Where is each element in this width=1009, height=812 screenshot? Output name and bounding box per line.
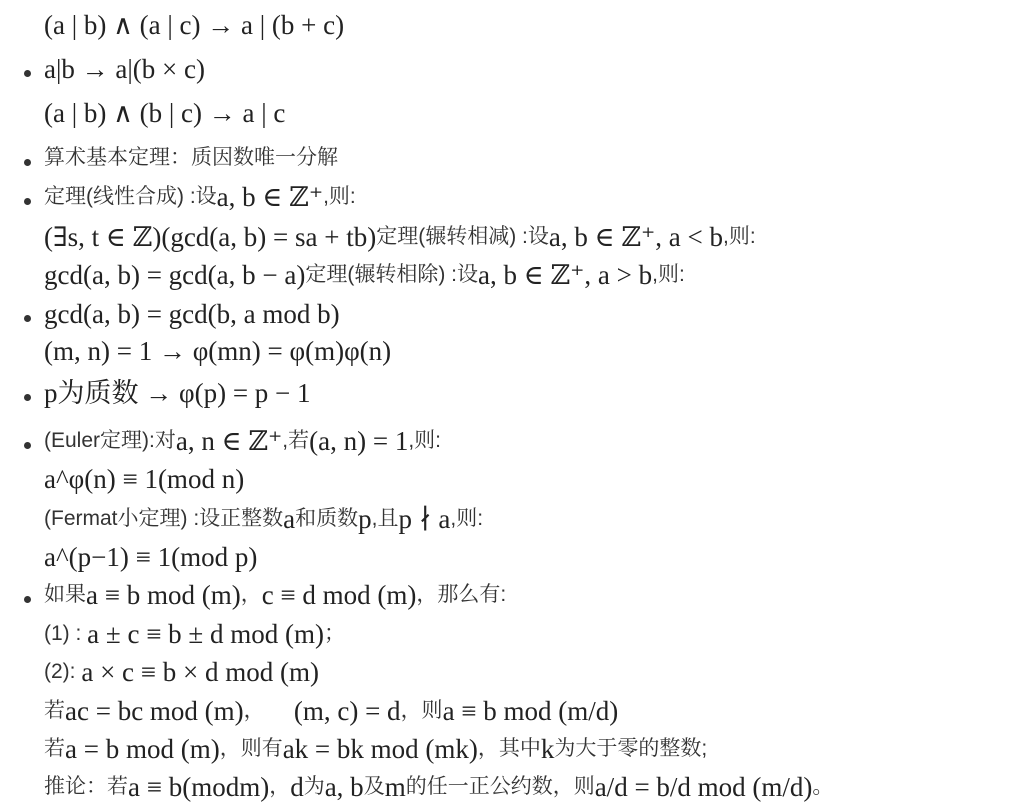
math-expression: a ≡ b mod (m) bbox=[86, 580, 241, 610]
formula-line: 若ac = bc mod (m)， (m, c) = d，则a ≡ b mod … bbox=[44, 692, 618, 730]
text-fragment: 和质数 bbox=[295, 504, 358, 534]
text-fragment: (Euler定理):对 bbox=[44, 426, 176, 456]
text-fragment: ,则: bbox=[723, 222, 756, 252]
math-expression: a, b ∈ ℤ⁺, a > b bbox=[478, 260, 652, 290]
formula-line: (a | b) ∧ (a | c) → a | (b + c) bbox=[44, 6, 344, 44]
formula-line: (a | b) ∧ (b | c) → a | c bbox=[44, 94, 285, 132]
math-expression: (a | b) ∧ (a | c) → a | (b + c) bbox=[44, 10, 344, 40]
text-fragment: 为大于零的整数; bbox=[554, 734, 707, 764]
math-expression: ak = bk mod (mk) bbox=[283, 734, 478, 764]
formula-line: (Fermat小定理) :设正整数a和质数p,且p ∤ a,则: bbox=[44, 500, 483, 538]
math-expression: m bbox=[385, 772, 406, 802]
math-expression: p ∤ a bbox=[399, 504, 451, 534]
text-fragment: 及 bbox=[364, 772, 385, 802]
math-expression: a, b ∈ ℤ⁺ bbox=[217, 182, 323, 212]
math-expression: a^(p−1) ≡ 1(mod p) bbox=[44, 542, 257, 572]
math-expression: a × c ≡ b × d mod (m) bbox=[81, 657, 319, 687]
text-fragment: 的任一正公约数，则 bbox=[406, 772, 595, 802]
text-fragment: ,则: bbox=[323, 182, 356, 212]
bullet-icon bbox=[24, 442, 31, 449]
bullet-icon bbox=[24, 70, 31, 77]
formula-line: (1) : a ± c ≡ b ± d mod (m)； bbox=[44, 615, 345, 653]
bullet-icon bbox=[24, 159, 31, 166]
text-fragment: 如果 bbox=[44, 580, 86, 610]
math-expression: p bbox=[358, 504, 372, 534]
text-fragment: 定理(辗转相除) :设 bbox=[305, 260, 478, 290]
text-fragment: 定理(线性合成) :设 bbox=[44, 182, 217, 212]
math-expression: d bbox=[290, 772, 304, 802]
formula-line: 定理(线性合成) :设a, b ∈ ℤ⁺,则: bbox=[44, 178, 356, 216]
text-fragment: (2): bbox=[44, 657, 81, 687]
math-expression: a/d = b/d mod (m/d) bbox=[595, 772, 813, 802]
math-expression: a, b bbox=[325, 772, 364, 802]
text-fragment: ,若 bbox=[282, 426, 309, 456]
math-expression: gcd(a, b) = gcd(b, a mod b) bbox=[44, 299, 340, 329]
formula-line: 如果a ≡ b mod (m)，c ≡ d mod (m)，那么有: bbox=[44, 576, 506, 614]
math-expression: a bbox=[283, 504, 295, 534]
formula-line: a^(p−1) ≡ 1(mod p) bbox=[44, 538, 257, 576]
math-expression: (a, n) = 1 bbox=[309, 426, 408, 456]
text-fragment: 算术基本定理：质因数唯一分解 bbox=[44, 143, 338, 173]
text-fragment: ,且 bbox=[372, 504, 399, 534]
math-expression: a ≡ b(modm) bbox=[128, 772, 269, 802]
text-fragment: ，则 bbox=[401, 696, 443, 726]
formula-line: (∃s, t ∈ ℤ)(gcd(a, b) = sa + tb)定理(辗转相减)… bbox=[44, 218, 756, 256]
formula-line: gcd(a, b) = gcd(b, a mod b) bbox=[44, 295, 340, 333]
formula-line: (Euler定理):对a, n ∈ ℤ⁺,若(a, n) = 1,则: bbox=[44, 422, 441, 460]
text-fragment: ， bbox=[269, 772, 290, 802]
text-fragment: 推论：若 bbox=[44, 772, 128, 802]
math-expression: (∃s, t ∈ ℤ)(gcd(a, b) = sa + tb) bbox=[44, 222, 376, 252]
math-expression: (m, c) = d bbox=[294, 696, 401, 726]
bullet-icon bbox=[24, 198, 31, 205]
math-expression: a ≡ b mod (m/d) bbox=[443, 696, 619, 726]
formula-line: a|b → a|(b × c) bbox=[44, 50, 205, 88]
formula-line: (m, n) = 1 → φ(mn) = φ(m)φ(n) bbox=[44, 332, 391, 370]
text-fragment: ； bbox=[324, 619, 345, 649]
formula-line: 若a = b mod (m)，则有ak = bk mod (mk)，其中k为大于… bbox=[44, 730, 707, 768]
text-fragment: ，其中 bbox=[478, 734, 541, 764]
text-fragment: 。 bbox=[812, 772, 833, 802]
text-fragment: 若 bbox=[44, 696, 65, 726]
math-expression: k bbox=[541, 734, 555, 764]
formula-line: gcd(a, b) = gcd(a, b − a)定理(辗转相除) :设a, b… bbox=[44, 256, 685, 294]
formula-line: p为质数 → φ(p) = p − 1 bbox=[44, 374, 311, 412]
formula-line: 算术基本定理：质因数唯一分解 bbox=[44, 139, 338, 177]
math-expression: c ≡ d mod (m) bbox=[262, 580, 417, 610]
math-expression: (m, n) = 1 → φ(mn) = φ(m)φ(n) bbox=[44, 336, 391, 366]
text-fragment: (Fermat小定理) :设正整数 bbox=[44, 504, 283, 534]
text-fragment: 若 bbox=[44, 734, 65, 764]
bullet-icon bbox=[24, 596, 31, 603]
text-fragment: ， bbox=[244, 696, 294, 726]
math-expression: ac = bc mod (m) bbox=[65, 696, 244, 726]
bullet-icon bbox=[24, 315, 31, 322]
math-expression: a, n ∈ ℤ⁺ bbox=[176, 426, 282, 456]
text-fragment: 定理(辗转相减) :设 bbox=[376, 222, 549, 252]
math-expression: a, b ∈ ℤ⁺, a < b bbox=[549, 222, 723, 252]
math-expression: a|b → a|(b × c) bbox=[44, 54, 205, 84]
math-expression: a ± c ≡ b ± d mod (m) bbox=[87, 619, 324, 649]
text-fragment: 为 bbox=[304, 772, 325, 802]
text-fragment: ,则: bbox=[652, 260, 685, 290]
bullet-icon bbox=[24, 394, 31, 401]
math-expression: a^φ(n) ≡ 1(mod n) bbox=[44, 464, 244, 494]
text-fragment: ，那么有: bbox=[416, 580, 506, 610]
math-expression: p为质数 → φ(p) = p − 1 bbox=[44, 378, 311, 408]
math-expression: (a | b) ∧ (b | c) → a | c bbox=[44, 98, 285, 128]
text-fragment: ,则: bbox=[450, 504, 483, 534]
formula-line: 推论：若a ≡ b(modm)，d为a, b及m的任一正公约数，则a/d = b… bbox=[44, 768, 833, 806]
text-fragment: (1) : bbox=[44, 619, 87, 649]
formula-line: (2): a × c ≡ b × d mod (m) bbox=[44, 653, 319, 691]
math-expression: gcd(a, b) = gcd(a, b − a) bbox=[44, 260, 305, 290]
text-fragment: ,则: bbox=[408, 426, 441, 456]
text-fragment: ，则有 bbox=[220, 734, 283, 764]
text-fragment: ， bbox=[241, 580, 262, 610]
formula-line: a^φ(n) ≡ 1(mod n) bbox=[44, 460, 244, 498]
math-expression: a = b mod (m) bbox=[65, 734, 220, 764]
